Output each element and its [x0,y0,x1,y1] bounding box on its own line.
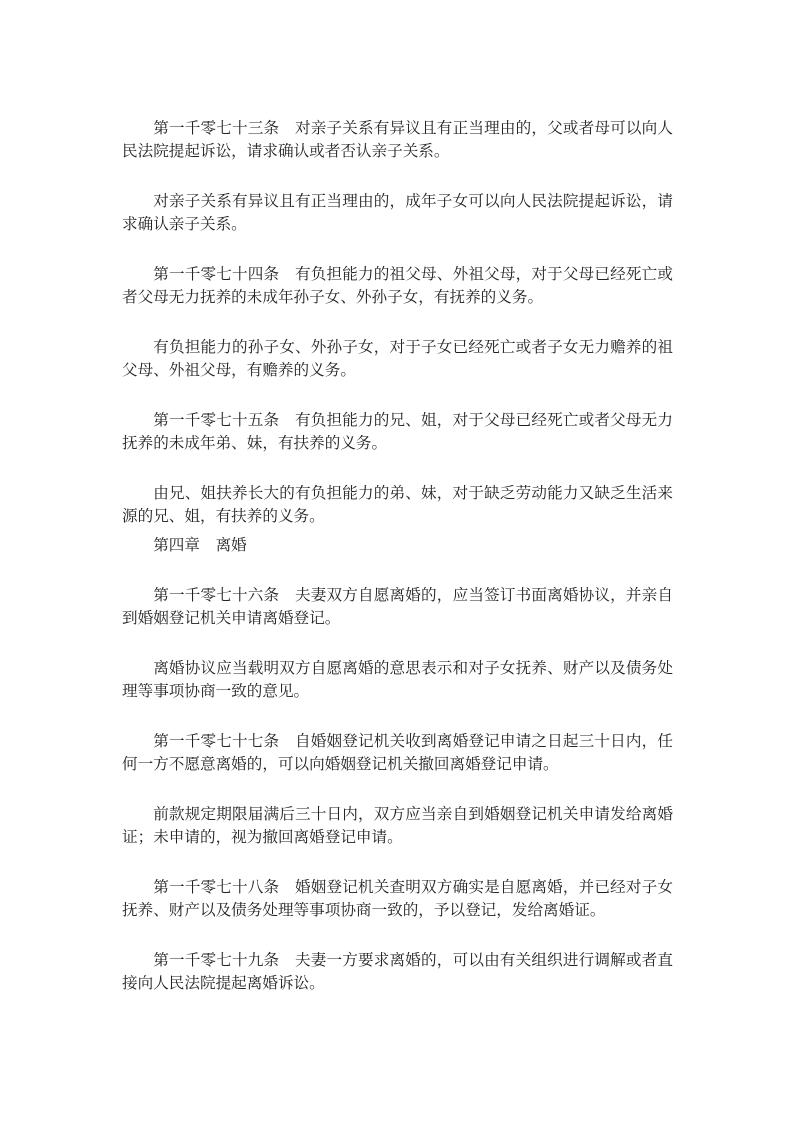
document-page: 第一千零七十三条对亲子关系有异议且有正当理由的，父或者母可以向人民法院提起诉讼，… [122,117,673,1022]
paragraph-article-1075: 第一千零七十五条有负担能力的兄、姐，对于父母已经死亡或者父母无力抚养的未成年弟、… [122,409,673,455]
paragraph-article-1077: 第一千零七十七条自婚姻登记机关收到离婚登记申请之日起三十日内，任何一方不愿意离婚… [122,730,673,776]
chapter-title: 离婚 [216,536,247,554]
paragraph-article-1078: 第一千零七十八条婚姻登记机关查明双方确实是自愿离婚，并已经对子女抚养、财产以及债… [122,876,673,922]
paragraph-text: 对亲子关系有异议且有正当理由的，成年子女可以向人民法院提起诉讼，请求确认亲子关系… [122,192,673,233]
paragraph-1075-2: 由兄、姐扶养长大的有负担能力的弟、妹，对于缺乏劳动能力又缺乏生活来源的兄、姐，有… [122,482,673,528]
article-number: 第一千零七十七条 [153,732,279,750]
paragraph-text: 有负担能力的孙子女、外孙子女，对于子女已经死亡或者子女无力赡养的祖父母、外祖父母… [122,338,673,379]
paragraph-article-1073: 第一千零七十三条对亲子关系有异议且有正当理由的，父或者母可以向人民法院提起诉讼，… [122,117,673,163]
paragraph-text: 离婚协议应当载明双方自愿离婚的意思表示和对子女抚养、财产以及债务处理等事项协商一… [122,659,673,700]
paragraph-article-1079: 第一千零七十九条夫妻一方要求离婚的，可以由有关组织进行调解或者直接向人民法院提起… [122,949,673,995]
paragraph-text: 由兄、姐扶养长大的有负担能力的弟、妹，对于缺乏劳动能力又缺乏生活来源的兄、姐，有… [122,484,673,525]
article-number: 第一千零七十八条 [153,878,279,896]
article-number: 第一千零七十九条 [153,951,279,969]
paragraph-1074-2: 有负担能力的孙子女、外孙子女，对于子女已经死亡或者子女无力赡养的祖父母、外祖父母… [122,336,673,382]
paragraph-article-1076: 第一千零七十六条夫妻双方自愿离婚的，应当签订书面离婚协议，并亲自到婚姻登记机关申… [122,584,673,630]
article-number: 第一千零七十三条 [153,119,279,137]
paragraph-1073-2: 对亲子关系有异议且有正当理由的，成年子女可以向人民法院提起诉讼，请求确认亲子关系… [122,190,673,236]
chapter-heading: 第四章离婚 [122,534,673,557]
paragraph-1076-2: 离婚协议应当载明双方自愿离婚的意思表示和对子女抚养、财产以及债务处理等事项协商一… [122,657,673,703]
chapter-number: 第四章 [153,536,200,554]
paragraph-text: 前款规定期限届满后三十日内，双方应当亲自到婚姻登记机关申请发给离婚证；未申请的，… [122,805,673,846]
article-number: 第一千零七十六条 [153,586,279,604]
article-number: 第一千零七十四条 [153,265,279,283]
paragraph-article-1074: 第一千零七十四条有负担能力的祖父母、外祖父母，对于父母已经死亡或者父母无力抚养的… [122,263,673,309]
paragraph-1077-2: 前款规定期限届满后三十日内，双方应当亲自到婚姻登记机关申请发给离婚证；未申请的，… [122,803,673,849]
article-number: 第一千零七十五条 [153,411,279,429]
